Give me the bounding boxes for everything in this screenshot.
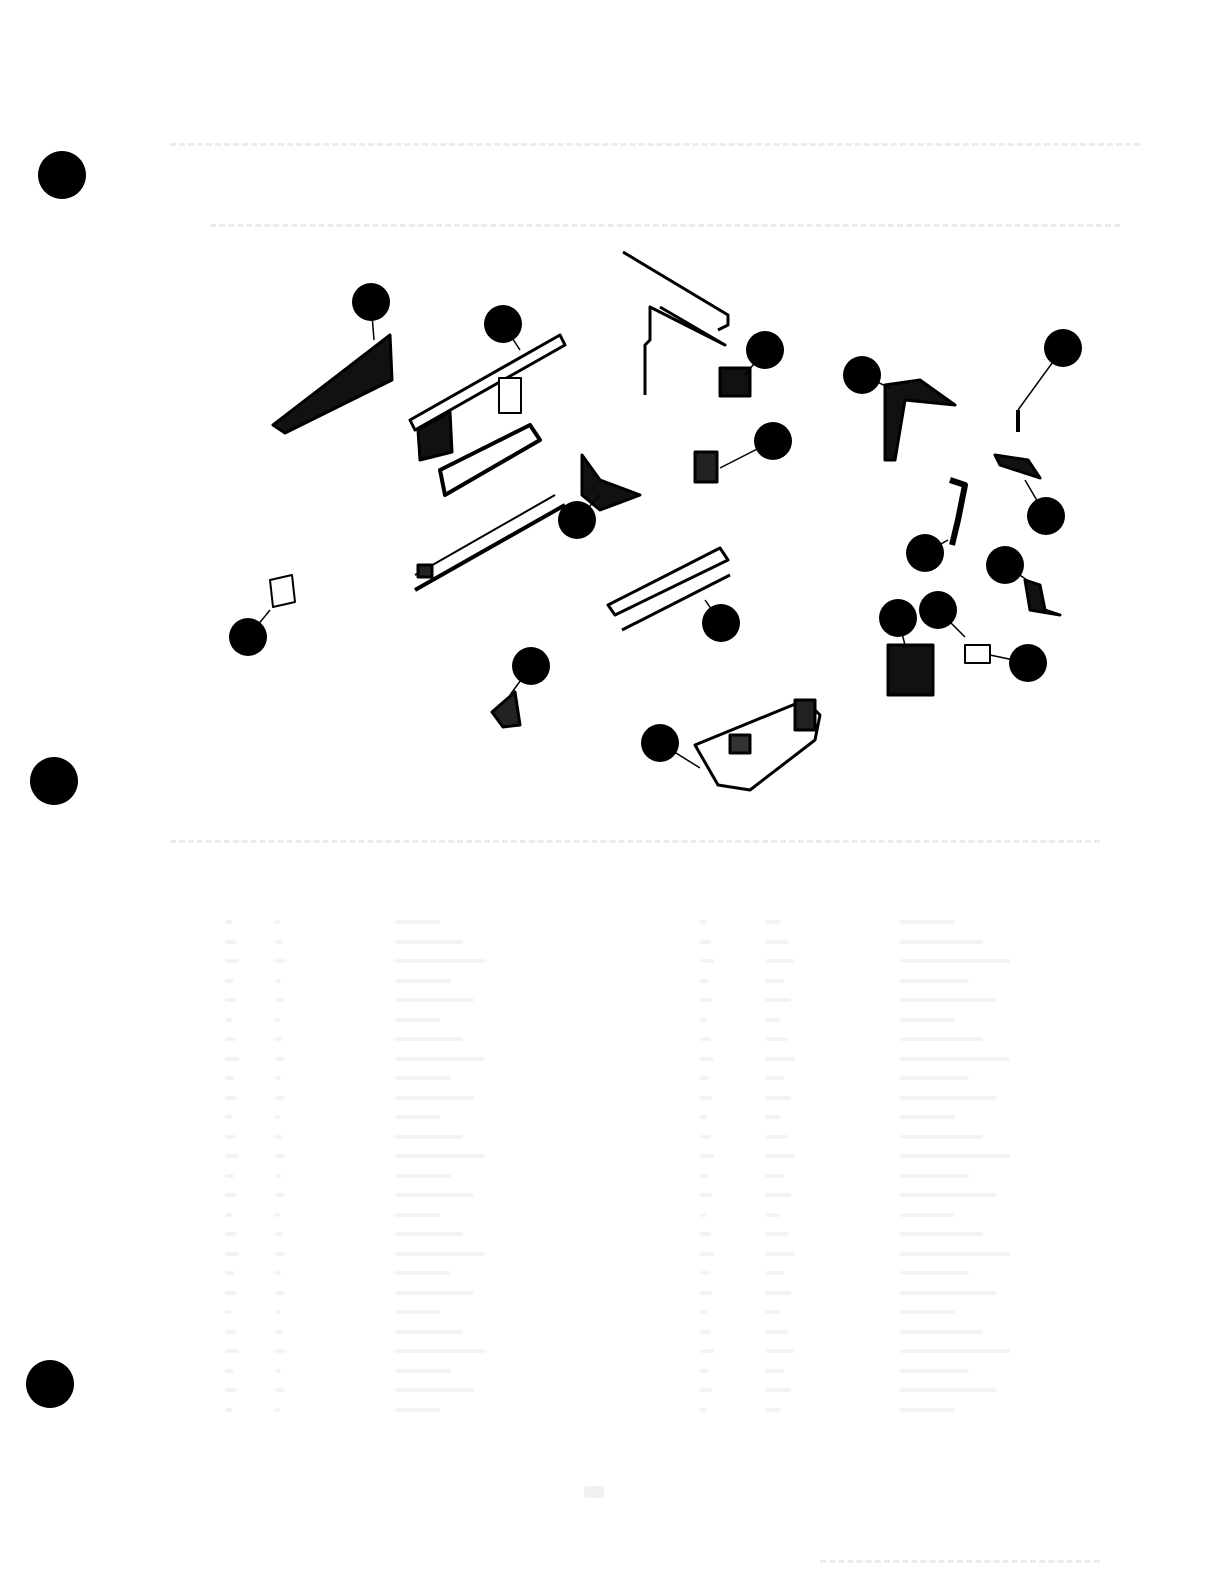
parts-list-cell (225, 1076, 234, 1080)
callout-circle (879, 599, 917, 637)
parts-list-cell (765, 1291, 791, 1295)
parts-list-cell (395, 1154, 485, 1158)
parts-list-cell (395, 998, 474, 1002)
parts-list-cell (700, 1291, 712, 1295)
parts-list-cell (395, 1252, 485, 1256)
parts-list-cell (900, 1349, 1010, 1353)
parts-list-cell (275, 1076, 281, 1080)
parts-list-cell (225, 1252, 239, 1256)
parts-list-cell (275, 1271, 281, 1275)
parts-list-cell (900, 1408, 955, 1412)
parts-list-cell (395, 1408, 440, 1412)
parts-list-cell (225, 1213, 232, 1217)
parts-list-cell (225, 1330, 236, 1334)
page-number (584, 1486, 604, 1498)
parts-list-cell (275, 1232, 283, 1236)
parts-list-cell (765, 1408, 780, 1412)
parts-list-cell (395, 1349, 485, 1353)
parts-list-cell (225, 1271, 234, 1275)
parts-list-cell (225, 1115, 232, 1119)
callout-circle (843, 356, 881, 394)
parts-list-cell (900, 1174, 969, 1178)
parts-list-cell (395, 1388, 474, 1392)
parts-list-cell (395, 1096, 474, 1100)
parts-list-cell (700, 1193, 712, 1197)
parts-list-cell (765, 1096, 791, 1100)
parts-list-cell (765, 940, 788, 944)
parts-list-cell (225, 1018, 232, 1022)
parts-list-cell (395, 1037, 463, 1041)
parts-list-cell (900, 1057, 1010, 1061)
callout-circle (558, 501, 596, 539)
parts-list-cell (700, 1057, 714, 1061)
parts-list-cell (700, 1232, 711, 1236)
parts-list-cell (765, 1349, 795, 1353)
callout-circle (906, 534, 944, 572)
parts-list-cell (275, 1291, 284, 1295)
parts-list-cell (900, 1252, 1010, 1256)
parts-list-cell (700, 1408, 707, 1412)
parts-list-cell (900, 1330, 983, 1334)
parts-list-cell (225, 1154, 239, 1158)
parts-list-cell (275, 1193, 284, 1197)
callout-circle (641, 724, 679, 762)
parts-list-cell (225, 940, 236, 944)
parts-list-cell (395, 1271, 451, 1275)
callout-circle (352, 283, 390, 321)
parts-list-cell (700, 920, 707, 924)
callout-circle (754, 422, 792, 460)
parts-list-cell (700, 1076, 709, 1080)
parts-list-cell (765, 1037, 788, 1041)
parts-list-cell (395, 1310, 440, 1314)
parts-list-cell (275, 959, 285, 963)
parts-list-cell (765, 1135, 788, 1139)
parts-list-cell (225, 959, 239, 963)
parts-list-cell (900, 1096, 996, 1100)
parts-list-cell (900, 1037, 983, 1041)
parts-list-cell (225, 1135, 236, 1139)
parts-list-cell (225, 1193, 237, 1197)
parts-list-cell (765, 1369, 784, 1373)
parts-list-cell (700, 1271, 709, 1275)
parts-list-cell (700, 979, 709, 983)
parts-list-cell (275, 998, 284, 1002)
parts-list-cell (225, 1310, 232, 1314)
parts-list-cell (700, 959, 714, 963)
callout-circle (919, 591, 957, 629)
callout-circle (1044, 329, 1082, 367)
parts-list-cell (900, 959, 1010, 963)
parts-list-cell (700, 1369, 709, 1373)
callout-circle (986, 546, 1024, 584)
parts-list-cell (225, 1369, 234, 1373)
parts-list-cell (765, 1252, 795, 1256)
parts-list-cell (275, 1252, 285, 1256)
parts-list-cell (900, 1232, 983, 1236)
parts-list-cell (225, 979, 234, 983)
callout-circle (484, 305, 522, 343)
parts-list-cell (275, 1349, 285, 1353)
parts-list-cell (765, 920, 780, 924)
parts-list-cell (275, 1018, 280, 1022)
parts-list-cell (275, 1330, 283, 1334)
parts-list-cell (700, 1349, 714, 1353)
parts-list-cell (225, 1057, 239, 1061)
parts-list-cell (395, 979, 451, 983)
parts-list-cell (700, 998, 712, 1002)
parts-list-cell (225, 1174, 234, 1178)
parts-list-cell (700, 1174, 709, 1178)
parts-list-cell (275, 1174, 281, 1178)
parts-list-cell (765, 1310, 780, 1314)
parts-list-cell (765, 1018, 780, 1022)
parts-list-cell (700, 1310, 707, 1314)
parts-list-cell (225, 1096, 237, 1100)
callout-circle (1009, 644, 1047, 682)
parts-list-cell (275, 920, 280, 924)
parts-list-cell (225, 1291, 237, 1295)
parts-list-cell (700, 940, 711, 944)
parts-list-cell (900, 1310, 955, 1314)
parts-list-cell (395, 1057, 485, 1061)
parts-list-cell (900, 1193, 996, 1197)
parts-list-cell (225, 1388, 237, 1392)
parts-list-cell (900, 1018, 955, 1022)
parts-list-cell (765, 1271, 784, 1275)
parts-list-cell (900, 1369, 969, 1373)
callout-circle (229, 618, 267, 656)
parts-list-cell (700, 1096, 712, 1100)
parts-list-cell (275, 1037, 283, 1041)
parts-list-cell (900, 940, 983, 944)
parts-list-cell (275, 1213, 280, 1217)
parts-list-cell (765, 1232, 788, 1236)
parts-list-cell (395, 1291, 474, 1295)
parts-list-cell (275, 1408, 280, 1412)
parts-list-cell (225, 1037, 236, 1041)
parts-list-cell (765, 1174, 784, 1178)
parts-list-cell (900, 1213, 955, 1217)
parts-list-cell (765, 998, 791, 1002)
parts-list-cell (700, 1037, 711, 1041)
parts-list-cell (395, 1193, 474, 1197)
parts-list-cell (225, 920, 232, 924)
parts-list-cell (395, 1330, 463, 1334)
parts-list-cell (765, 1115, 780, 1119)
parts-list-cell (765, 1388, 791, 1392)
parts-list-cell (700, 1154, 714, 1158)
parts-list-cell (700, 1388, 712, 1392)
front-panel-part (273, 335, 392, 433)
parts-list-cell (765, 1330, 788, 1334)
parts-list-cell (275, 1115, 280, 1119)
parts-list-cell (765, 1193, 791, 1197)
parts-list-cell (275, 1096, 284, 1100)
parts-list-cell (900, 920, 955, 924)
parts-list-cell (275, 940, 283, 944)
parts-list-cell (765, 1076, 784, 1080)
parts-list-cell (900, 1388, 996, 1392)
parts-list-cell (395, 1135, 463, 1139)
parts-list-cell (765, 1057, 795, 1061)
parts-list-cell (275, 1154, 285, 1158)
parts-list-cell (275, 1135, 283, 1139)
parts-list-cell (700, 1213, 707, 1217)
callout-circle (746, 331, 784, 369)
parts-list-cell (765, 1154, 795, 1158)
parts-list-cell (225, 998, 237, 1002)
parts-list-cell (900, 1291, 996, 1295)
parts-list-cell (900, 1115, 955, 1119)
parts-list-cell (900, 1154, 1010, 1158)
parts-list-cell (275, 1057, 285, 1061)
parts-list-cell (900, 998, 996, 1002)
parts-list-cell (275, 1388, 284, 1392)
parts-list-cell (765, 979, 784, 983)
parts-list-cell (395, 940, 463, 944)
parts-list-cell (765, 1213, 780, 1217)
parts-list-cell (765, 959, 795, 963)
parts-list-cell (900, 1271, 969, 1275)
parts-list-cell (395, 1213, 440, 1217)
parts-list-cell (395, 959, 485, 963)
parts-list-cell (900, 979, 969, 983)
callout-circle (512, 647, 550, 685)
parts-list-cell (700, 1018, 707, 1022)
parts-list-cell (395, 1115, 440, 1119)
exploded-parts-diagram (0, 0, 1226, 1584)
parts-list-cell (275, 1369, 281, 1373)
parts-list-cell (395, 1369, 451, 1373)
parts-list-cell (700, 1135, 711, 1139)
parts-list-cell (275, 979, 281, 983)
parts-list-cell (700, 1115, 707, 1119)
parts-list-cell (225, 1349, 239, 1353)
parts-list-cell (700, 1252, 714, 1256)
callout-circle (1027, 497, 1065, 535)
parts-list-cell (395, 1174, 451, 1178)
parts-list-cell (225, 1408, 232, 1412)
parts-list-cell (900, 1135, 983, 1139)
parts-list-cell (900, 1076, 969, 1080)
parts-list-cell (700, 1330, 711, 1334)
parts-list-cell (395, 1018, 440, 1022)
callouts (229, 283, 1082, 762)
parts-list-cell (395, 1232, 463, 1236)
parts-list-cell (395, 920, 440, 924)
parts-list-cell (395, 1076, 451, 1080)
parts-list-cell (225, 1232, 236, 1236)
parts-list-cell (275, 1310, 280, 1314)
callout-circle (702, 604, 740, 642)
